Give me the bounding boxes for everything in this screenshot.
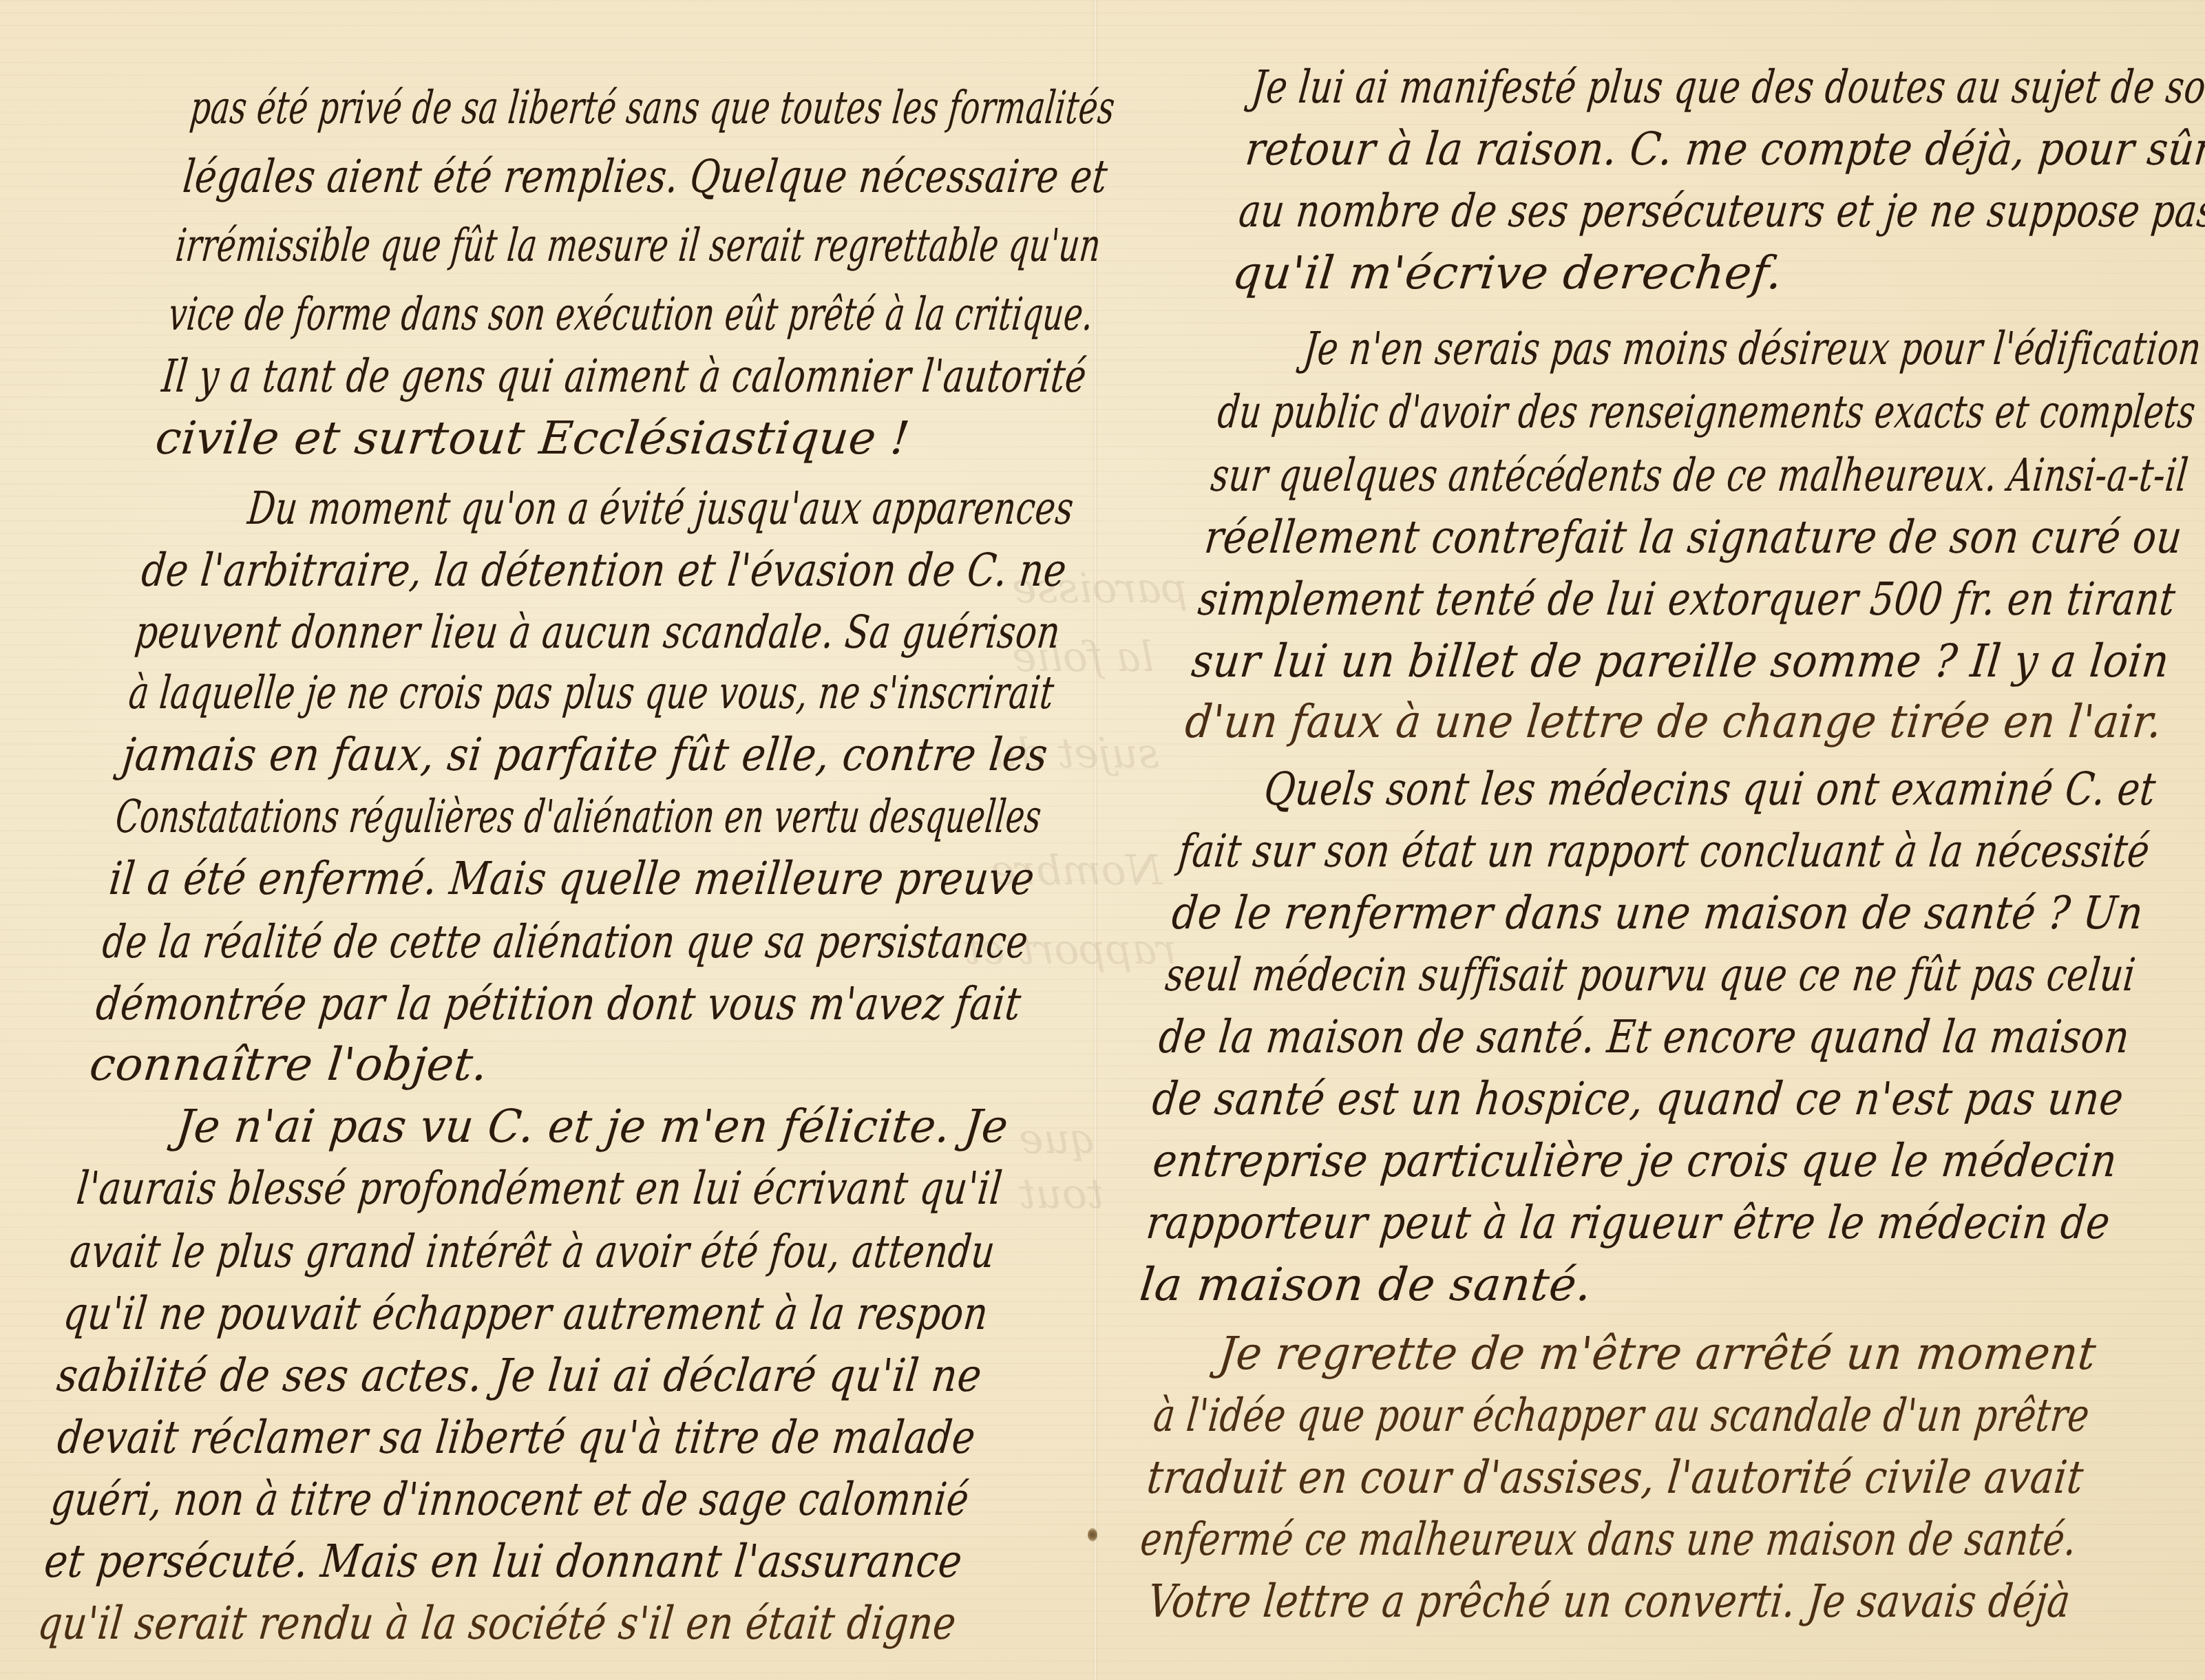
manuscript-line: seul médecin suffisait pourvu que ce ne … — [1163, 948, 2138, 1001]
left-page: pas été privé de sa liberté sans que tou… — [0, 0, 1093, 1680]
manuscript-line: sabilité de ses actes. Je lui ai déclaré… — [54, 1349, 984, 1402]
manuscript-line: il a été enfermé. Mais quelle meilleure … — [107, 852, 1037, 905]
manuscript-line: fait sur son état un rapport concluant à… — [1176, 825, 2152, 878]
manuscript-line: avait le plus grand intérêt à avoir été … — [67, 1225, 998, 1278]
manuscript-line: traduit en cour d'assises, l'autorité ci… — [1145, 1451, 2087, 1504]
manuscript-line: de la réalité de cette aliénation que sa… — [100, 915, 1031, 968]
manuscript-line: connaître l'objet. — [87, 1038, 491, 1091]
manuscript-line: de santé est un hospice, quand ce n'est … — [1150, 1072, 2126, 1125]
manuscript-line: vice de forme dans son exécution eût prê… — [166, 288, 1096, 341]
manuscript-line: peuvent donner lieu à aucun scandale. Sa… — [133, 606, 1063, 659]
manuscript-line: Du moment qu'on a évité jusqu'aux appare… — [246, 482, 1077, 535]
manuscript-line: l'aurais blessé profondément en lui écri… — [74, 1162, 1005, 1215]
manuscript-line: réellement contrefait la signature de so… — [1202, 511, 2184, 564]
manuscript-line: jamais en faux, si parfaite fût elle, co… — [120, 728, 1051, 781]
manuscript-line: du public d'avoir des renseignements exa… — [1215, 385, 2198, 438]
manuscript-line: civile et surtout Ecclésiastique ! — [153, 412, 912, 465]
manuscript-line: pas été privé de sa liberté sans que tou… — [188, 81, 1117, 134]
left-page-text: pas été privé de sa liberté sans que tou… — [0, 0, 1181, 1680]
paper-spread: paroisse la folie sujet du Nombre rappor… — [0, 0, 2205, 1680]
manuscript-line: à l'idée que pour échapper au scandale d… — [1151, 1389, 2092, 1442]
manuscript-line: légales aient été remplies. Quelque néce… — [180, 150, 1110, 203]
manuscript-line: Je regrette de m'être arrêté un moment — [1216, 1327, 2099, 1380]
manuscript-line: irrémissible que fût la mesure il serait… — [173, 219, 1104, 272]
manuscript-line: Je lui ai manifesté plus que des doutes … — [1249, 61, 2205, 114]
manuscript-line: devait réclamer sa liberté qu'à titre de… — [55, 1411, 978, 1464]
manuscript-line: Quels sont les médecins qui ont examiné … — [1262, 763, 2159, 816]
manuscript-line: d'un faux à une lettre de change tirée e… — [1183, 695, 2164, 748]
manuscript-line: qu'il ne pouvait échapper autrement à la… — [61, 1287, 991, 1340]
manuscript-line: Je n'en serais pas moins désireux pour l… — [1301, 322, 2204, 375]
manuscript-line: démontrée par la pétition dont vous m'av… — [94, 977, 1024, 1030]
manuscript-line: qu'il m'écrive derechef. — [1230, 246, 1785, 299]
manuscript-line: au nombre de ses persécuteurs et je ne s… — [1236, 184, 2205, 237]
manuscript-line: retour à la raison. C. me compte déjà, p… — [1243, 123, 2205, 176]
manuscript-line: de la maison de santé. Et encore quand l… — [1157, 1010, 2132, 1063]
manuscript-line: enfermé ce malheureux dans une maison de… — [1138, 1513, 2079, 1566]
manuscript-line: simplement tenté de lui extorquer 500 fr… — [1196, 573, 2178, 626]
right-page-text: Je lui ai manifesté plus que des doutes … — [1009, 0, 2205, 1680]
manuscript-line: Constatations régulières d'aliénation en… — [114, 790, 1044, 843]
manuscript-line: qu'il serait rendu à la société s'il en … — [35, 1597, 958, 1650]
manuscript-line: entreprise particulière je crois que le … — [1150, 1134, 2120, 1187]
manuscript-line: sur quelques antécédents de ce malheureu… — [1209, 449, 2191, 502]
manuscript-line: sur lui un billet de pareille somme ? Il… — [1189, 635, 2171, 688]
manuscript-line: Il y a tant de gens qui aiment à calomni… — [160, 350, 1089, 403]
manuscript-line: et persécuté. Mais en lui donnant l'assu… — [42, 1535, 965, 1588]
manuscript-line: à laquelle je ne crois pas plus que vous… — [126, 666, 1056, 719]
manuscript-line: la maison de santé. — [1137, 1258, 1594, 1311]
manuscript-line: guéri, non à titre d'innocent et de sage… — [48, 1473, 971, 1526]
manuscript-line: de le renfermer dans une maison de santé… — [1170, 886, 2146, 939]
manuscript-line: Votre lettre a prêché un converti. Je sa… — [1146, 1575, 2073, 1628]
manuscript-line: de l'arbitraire, la détention et l'évasi… — [139, 544, 1069, 597]
manuscript-line: rapporteur peut à la rigueur être le méd… — [1144, 1196, 2113, 1249]
manuscript-line: Je n'ai pas vu C. et je m'en félicite. J… — [173, 1100, 1011, 1153]
right-page: Je lui ai manifesté plus que des doutes … — [1097, 0, 2205, 1680]
